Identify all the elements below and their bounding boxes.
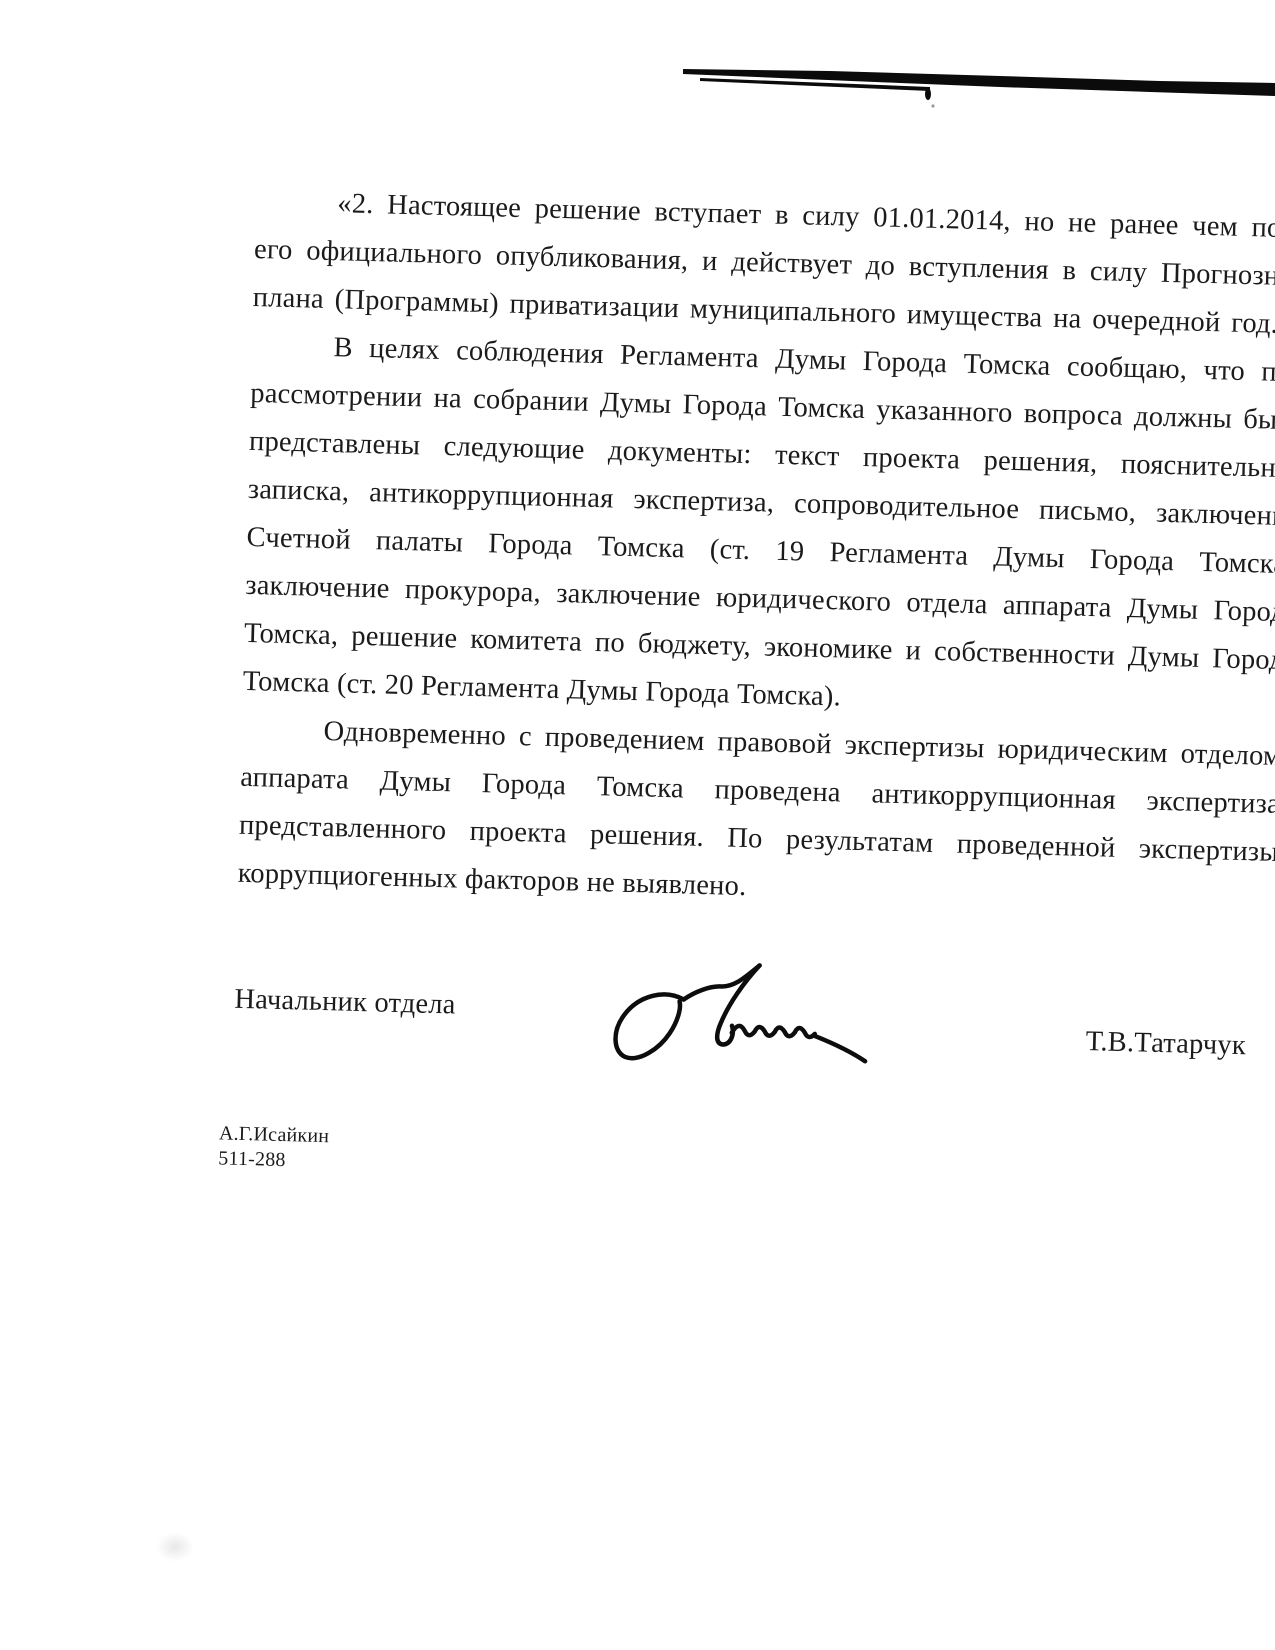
signature-title: Начальник отдела <box>234 984 456 1022</box>
footer-contact: А.Г.Исайкин 511-288 <box>218 1121 329 1174</box>
scanned-document-page: «2. Настоящее решение вступает в силу 01… <box>0 0 1275 1650</box>
handwritten-signature-icon <box>585 939 878 1077</box>
footer-phone: 511-288 <box>218 1146 329 1174</box>
scan-streak-artifact <box>0 0 1275 150</box>
scan-smudge-artifact <box>156 1532 194 1562</box>
signatory-name: Т.В.Татарчук <box>1085 1026 1246 1062</box>
document-content: «2. Настоящее решение вступает в силу 01… <box>226 178 1275 1355</box>
footer-contact-name: А.Г.Исайкин <box>219 1121 330 1149</box>
document-body: «2. Настоящее решение вступает в силу 01… <box>237 178 1275 925</box>
